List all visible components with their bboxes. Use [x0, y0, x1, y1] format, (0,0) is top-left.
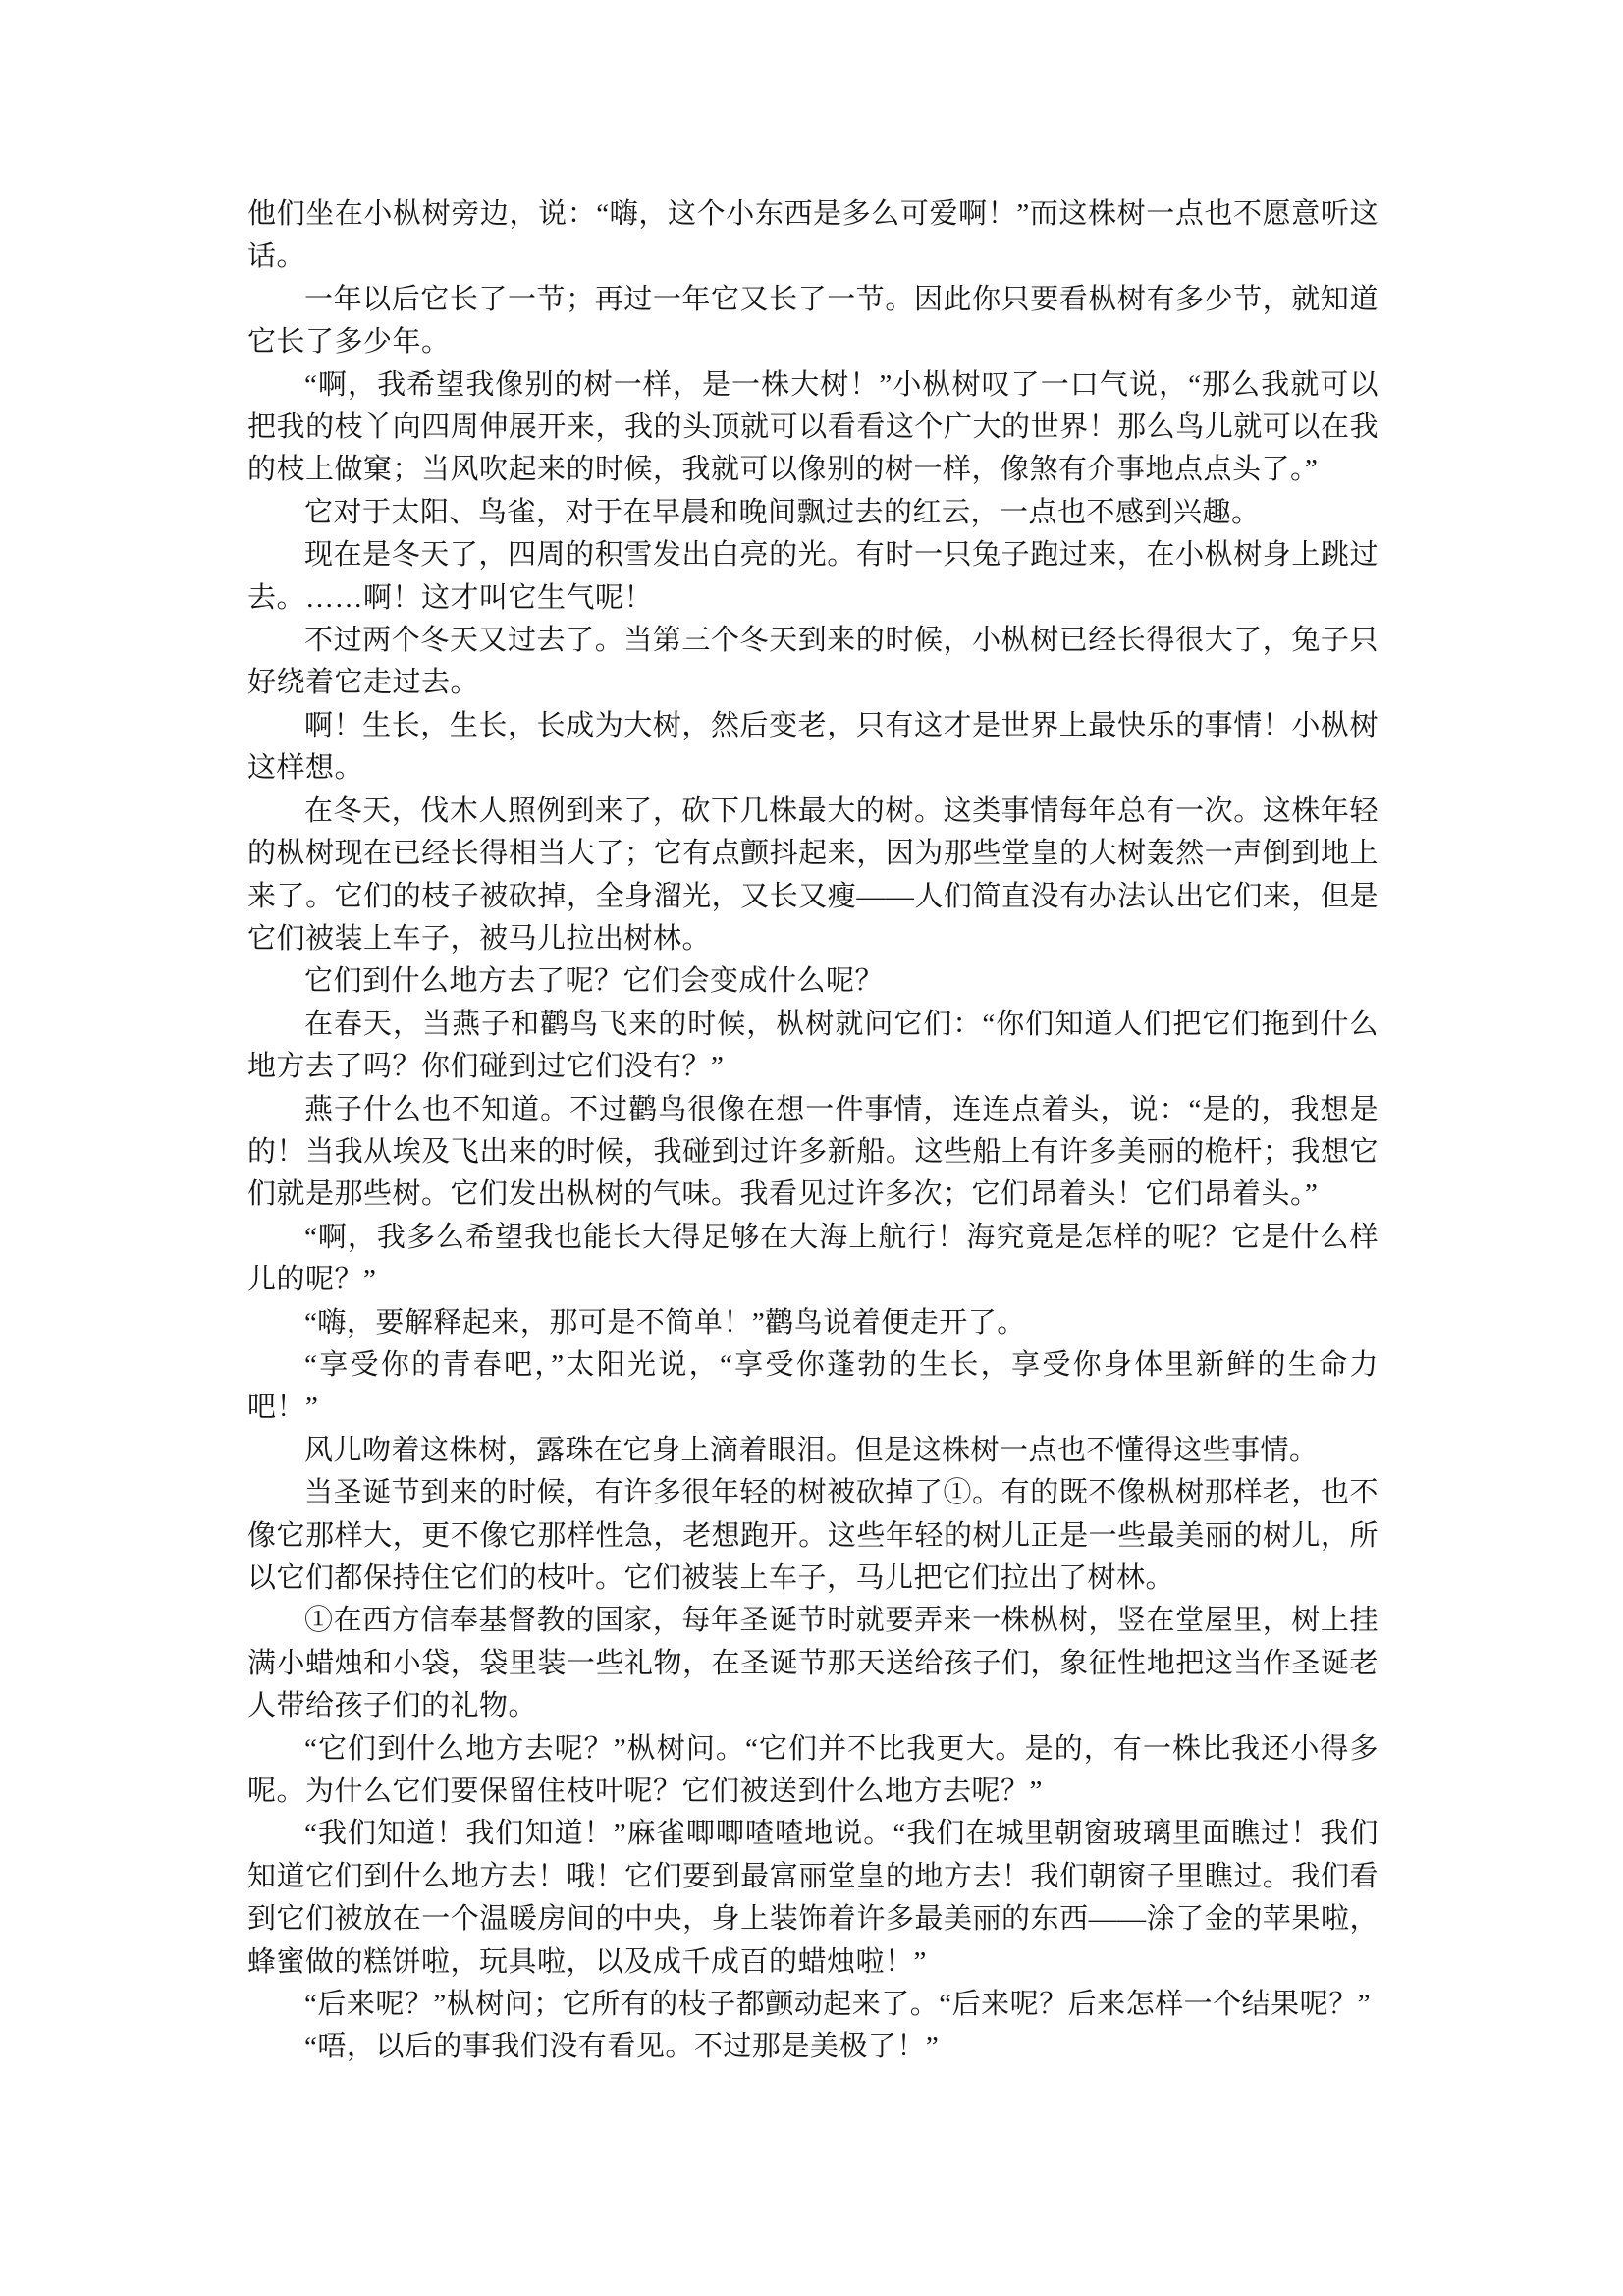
paragraph: 风儿吻着这株树，露珠在它身上滴着眼泪。但是这株树一点也不懂得这些事情。 [247, 1430, 1379, 1472]
paragraph: 在春天，当燕子和鹳鸟飞来的时候，枞树就问它们：“你们知道人们把它们拖到什么地方去… [247, 1004, 1379, 1089]
paragraph: 它们到什么地方去了呢？它们会变成什么呢？ [247, 960, 1379, 1003]
paragraph: “唔，以后的事我们没有看见。不过那是美极了！” [247, 2026, 1379, 2068]
paragraph: 燕子什么也不知道。不过鹳鸟很像在想一件事情，连连点着头，说：“是的，我想是的！当… [247, 1089, 1379, 1217]
paragraph: 在冬天，伐木人照例到来了，砍下几株最大的树。这类事情每年总有一次。这株年轻的枞树… [247, 791, 1379, 961]
paragraph: “啊，我希望我像别的树一样，是一株大树！”小枞树叹了一口气说，“那么我就可以把我… [247, 364, 1379, 492]
paragraph: “它们到什么地方去呢？”枞树问。“它们并不比我更大。是的，有一株比我还小得多呢。… [247, 1728, 1379, 1814]
document-page: 他们坐在小枞树旁边，说：“嗨，这个小东西是多么可爱啊！”而这株树一点也不愿意听这… [0, 0, 1623, 2296]
paragraph: ①在西方信奉基督教的国家，每年圣诞节时就要弄来一株枞树，竖在堂屋里，树上挂满小蜡… [247, 1600, 1379, 1727]
paragraph: “嗨，要解释起来，那可是不简单！”鹳鸟说着便走开了。 [247, 1302, 1379, 1344]
paragraph: 现在是冬天了，四周的积雪发出白亮的光。有时一只兔子跑过来，在小枞树身上跳过去。…… [247, 534, 1379, 620]
paragraph: “啊，我多么希望我也能长大得足够在大海上航行！海究竟是怎样的呢？它是什么样儿的呢… [247, 1217, 1379, 1302]
paragraph: 啊！生长，生长，长成为大树，然后变老，只有这才是世界上最快乐的事情！小枞树这样想… [247, 705, 1379, 791]
paragraph: 不过两个冬天又过去了。当第三个冬天到来的时候，小枞树已经长得很大了，兔子只好绕着… [247, 620, 1379, 705]
paragraph: 当圣诞节到来的时候，有许多很年轻的树被砍掉了①。有的既不像枞树那样老，也不像它那… [247, 1472, 1379, 1600]
paragraph: 他们坐在小枞树旁边，说：“嗨，这个小东西是多么可爱啊！”而这株树一点也不愿意听这… [247, 193, 1379, 279]
paragraph: “享受你的青春吧，”太阳光说，“享受你蓬勃的生长，享受你身体里新鲜的生命力吧！” [247, 1344, 1379, 1430]
paragraph: “后来呢？”枞树问；它所有的枝子都颤动起来了。“后来呢？后来怎样一个结果呢？” [247, 1984, 1379, 2026]
paragraph: 一年以后它长了一节；再过一年它又长了一节。因此你只要看枞树有多少节，就知道它长了… [247, 279, 1379, 364]
text-block: 他们坐在小枞树旁边，说：“嗨，这个小东西是多么可爱啊！”而这株树一点也不愿意听这… [247, 193, 1379, 2069]
paragraph: “我们知道！我们知道！”麻雀唧唧喳喳地说。“我们在城里朝窗玻璃里面瞧过！我们知道… [247, 1813, 1379, 1984]
paragraph: 它对于太阳、鸟雀，对于在早晨和晚间飘过去的红云，一点也不感到兴趣。 [247, 492, 1379, 534]
